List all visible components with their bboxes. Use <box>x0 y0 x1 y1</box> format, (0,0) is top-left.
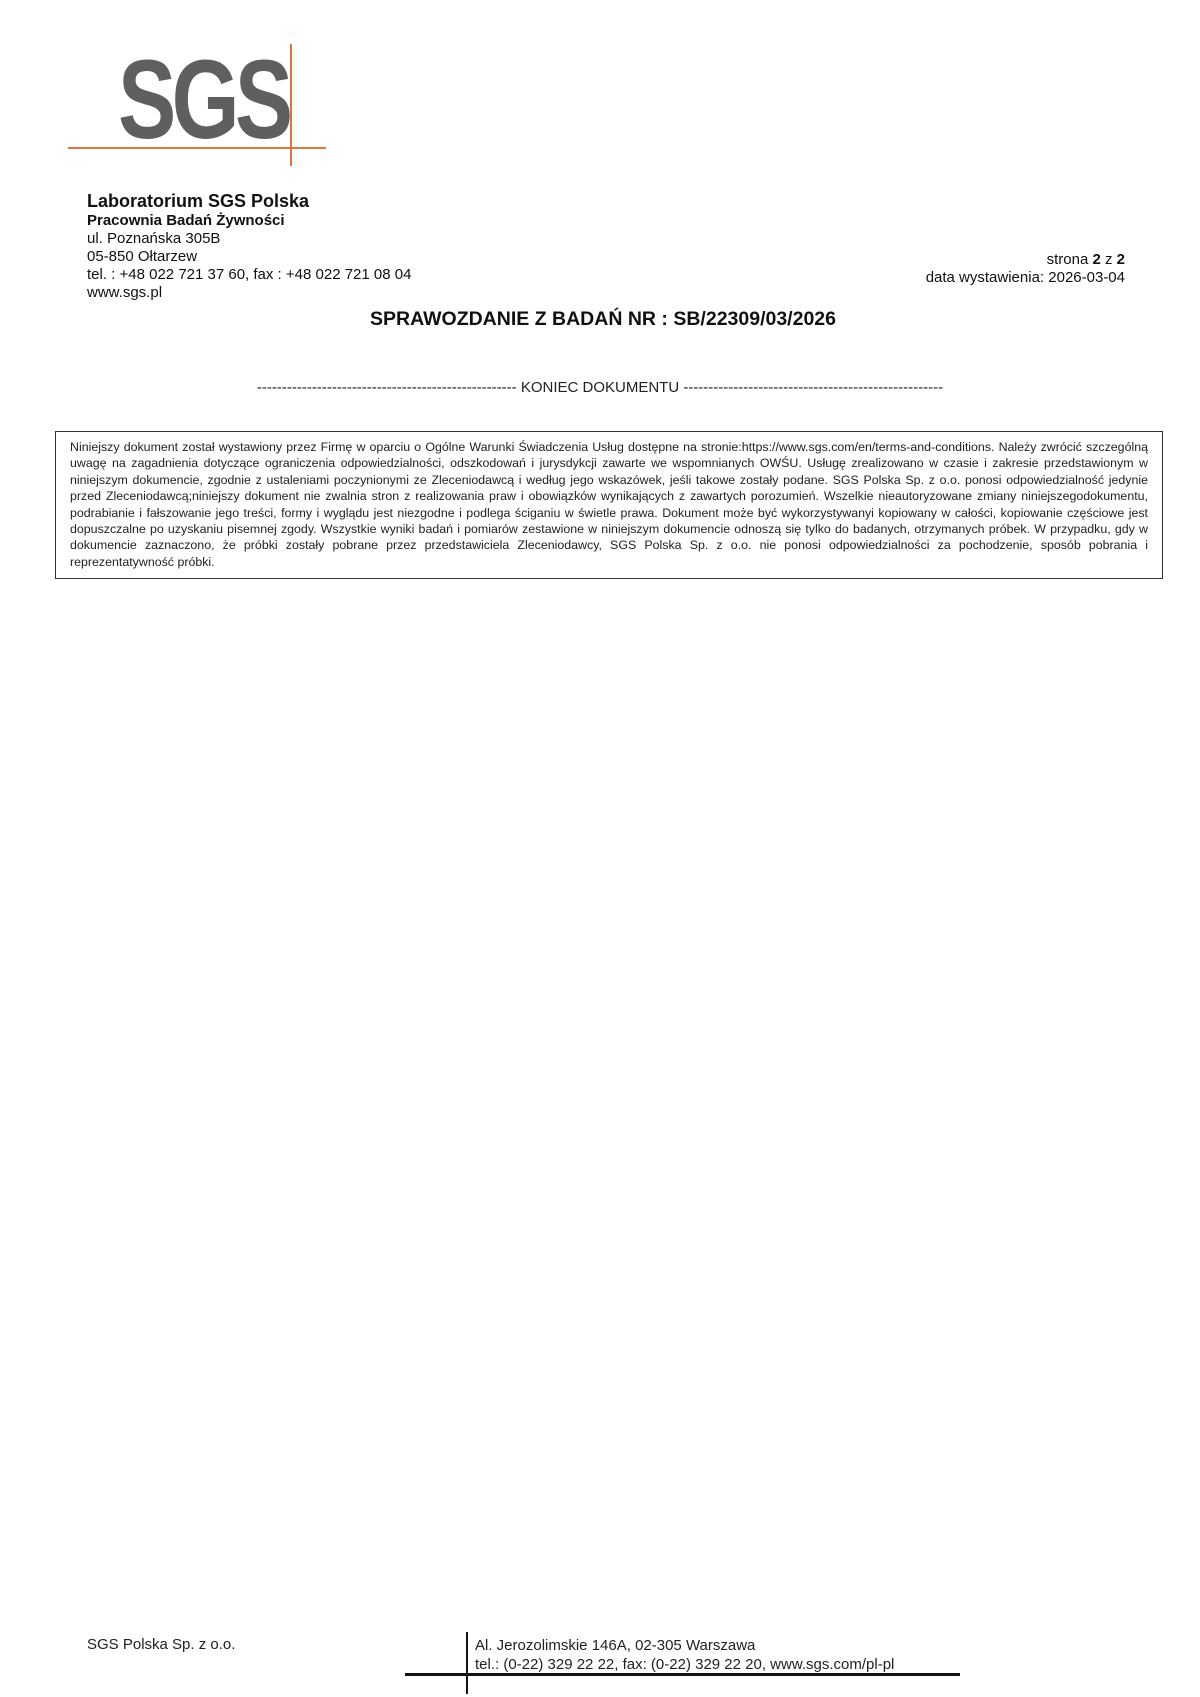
page-current: 2 <box>1092 251 1100 268</box>
logo-vertical-rule <box>290 44 292 166</box>
report-title: SPRAWOZDANIE Z BADAŃ NR : SB/22309/03/20… <box>0 308 1200 331</box>
footer-company: SGS Polska Sp. z o.o. <box>87 1636 235 1653</box>
footer-address-block: Al. Jerozolimskie 146A, 02-305 Warszawa … <box>475 1636 894 1674</box>
lab-website: www.sgs.pl <box>87 284 411 302</box>
issue-date-value: 2026-03-04 <box>1048 269 1125 286</box>
lab-street: ul. Poznańska 305B <box>87 230 411 248</box>
page-info: strona 2 z 2 data wystawienia: 2026-03-0… <box>926 251 1125 287</box>
sgs-logo: SGS <box>68 44 328 169</box>
footer-vertical-rule <box>466 1632 468 1694</box>
page-label: strona <box>1047 251 1089 268</box>
lab-header: Laboratorium SGS Polska Pracownia Badań … <box>87 190 411 302</box>
page-number: strona 2 z 2 <box>926 251 1125 269</box>
lab-city: 05-850 Ołtarzew <box>87 248 411 266</box>
issue-date-label: data wystawienia: <box>926 269 1044 286</box>
report-title-text: SPRAWOZDANIE Z BADAŃ NR : SB/22309/03/20… <box>370 308 836 330</box>
page-of: z <box>1105 251 1113 268</box>
end-of-document-marker: ----------------------------------------… <box>0 379 1200 396</box>
footer-contact: tel.: (0-22) 329 22 22, fax: (0-22) 329 … <box>475 1655 894 1674</box>
issue-date: data wystawienia: 2026-03-04 <box>926 269 1125 287</box>
lab-name: Laboratorium SGS Polska <box>87 190 411 212</box>
logo-horizontal-rule <box>68 147 326 149</box>
logo-wordmark: SGS <box>118 50 288 150</box>
lab-phone: tel. : +48 022 721 37 60, fax : +48 022 … <box>87 266 411 284</box>
page-total: 2 <box>1117 251 1125 268</box>
footer-address: Al. Jerozolimskie 146A, 02-305 Warszawa <box>475 1636 894 1655</box>
disclaimer-box: Niniejszy dokument został wystawiony prz… <box>55 431 1163 579</box>
lab-department: Pracownia Badań Żywności <box>87 212 411 230</box>
